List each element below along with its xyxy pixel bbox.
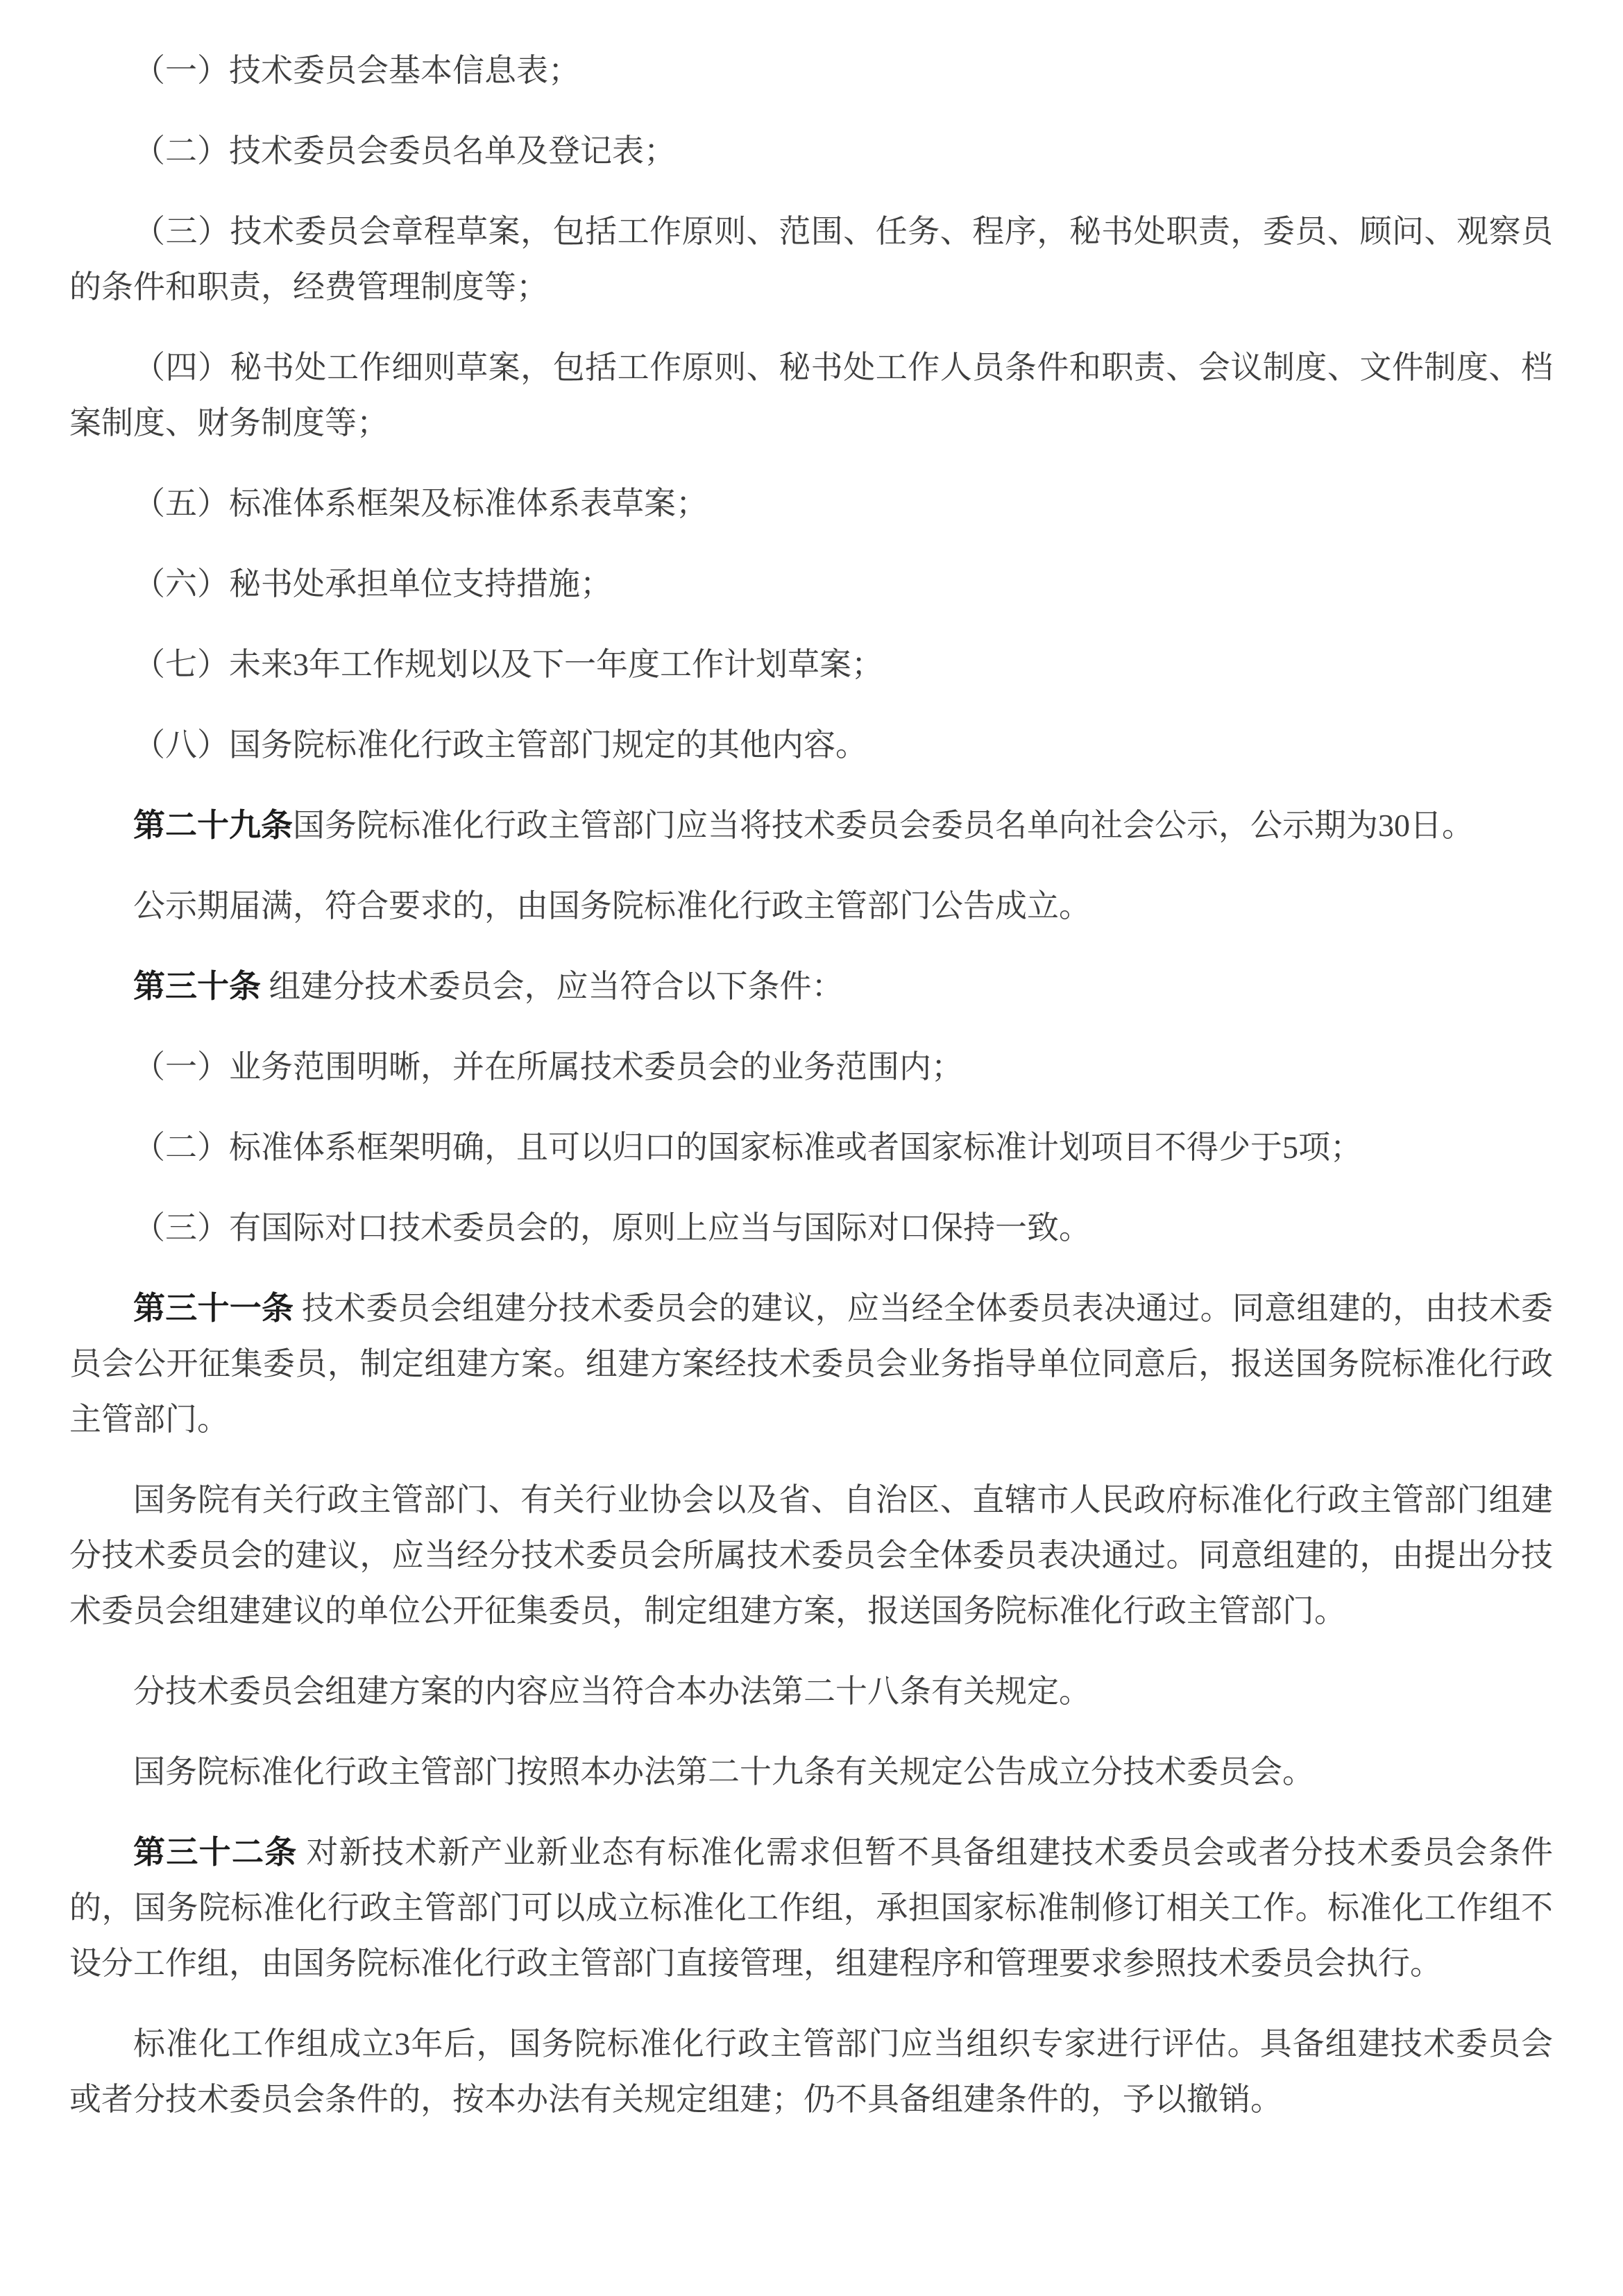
paragraph-text: （五）标准体系框架及标准体系表草案； xyxy=(133,486,708,521)
list-item-paragraph: （二）标准体系框架明确，且可以归口的国家标准或者国家标准计划项目不得少于5项； xyxy=(69,1120,1553,1175)
paragraph-text: （七）未来3年工作规划以及下一年度工作计划草案； xyxy=(133,647,883,682)
article-number: 第三十条 xyxy=(133,969,261,1004)
list-item-paragraph: （三）技术委员会章程草案，包括工作原则、范围、任务、程序，秘书处职责，委员、顾问… xyxy=(69,204,1553,315)
paragraph-text: （一）业务范围明晰，并在所属技术委员会的业务范围内； xyxy=(133,1049,963,1085)
paragraph-text: 分技术委员会组建方案的内容应当符合本办法第二十八条有关规定。 xyxy=(133,1674,1091,1709)
article-paragraph: 第三十二条 对新技术新产业新业态有标准化需求但暂不具备组建技术委员会或者分技术委… xyxy=(69,1825,1553,1991)
paragraph-text: （八）国务院标准化行政主管部门规定的其他内容。 xyxy=(133,727,867,763)
paragraph-text: 标准化工作组成立3年后，国务院标准化行政主管部门应当组织专家进行评估。具备组建技… xyxy=(69,2026,1553,2117)
article-paragraph: 第三十一条 技术委员会组建分技术委员会的建议，应当经全体委员表决通过。同意组建的… xyxy=(69,1281,1553,1447)
paragraph-text: 公示期届满，符合要求的，由国务院标准化行政主管部门公告成立。 xyxy=(133,888,1091,924)
paragraph-text: （三）有国际对口技术委员会的，原则上应当与国际对口保持一致。 xyxy=(133,1210,1091,1245)
paragraph-text: 国务院标准化行政主管部门应当将技术委员会委员名单向社会公示，公示期为30日。 xyxy=(293,808,1474,843)
paragraph-text: （二）技术委员会委员名单及登记表； xyxy=(133,133,676,169)
list-item-paragraph: （六）秘书处承担单位支持措施； xyxy=(69,556,1553,612)
paragraph-text: （二）标准体系框架明确，且可以归口的国家标准或者国家标准计划项目不得少于5项； xyxy=(133,1130,1362,1165)
paragraph-text: 组建分技术委员会，应当符合以下条件： xyxy=(269,969,844,1004)
list-item-paragraph: （五）标准体系框架及标准体系表草案； xyxy=(69,476,1553,532)
paragraph-text: （六）秘书处承担单位支持措施； xyxy=(133,566,612,602)
paragraph-text: 国务院有关行政主管部门、有关行业协会以及省、自治区、直辖市人民政府标准化行政主管… xyxy=(69,1482,1553,1629)
paragraph-text: 国务院标准化行政主管部门按照本办法第二十九条有关规定公告成立分技术委员会。 xyxy=(133,1754,1314,1789)
list-item-paragraph: （一）技术委员会基本信息表； xyxy=(69,43,1553,99)
document-page: （一）技术委员会基本信息表；（二）技术委员会委员名单及登记表；（三）技术委员会章… xyxy=(0,0,1623,2296)
list-item-paragraph: （二）技术委员会委员名单及登记表； xyxy=(69,124,1553,179)
article-paragraph: 第二十九条国务院标准化行政主管部门应当将技术委员会委员名单向社会公示，公示期为3… xyxy=(69,798,1553,853)
article-paragraph: 第三十条 组建分技术委员会，应当符合以下条件： xyxy=(69,959,1553,1014)
list-item-paragraph: （一）业务范围明晰，并在所属技术委员会的业务范围内； xyxy=(69,1039,1553,1095)
list-item-paragraph: （四）秘书处工作细则草案，包括工作原则、秘书处工作人员条件和职责、会议制度、文件… xyxy=(69,340,1553,451)
body-paragraph: 国务院有关行政主管部门、有关行业协会以及省、自治区、直辖市人民政府标准化行政主管… xyxy=(69,1472,1553,1639)
body-paragraph: 公示期届满，符合要求的，由国务院标准化行政主管部门公告成立。 xyxy=(69,878,1553,934)
body-paragraph: 标准化工作组成立3年后，国务院标准化行政主管部门应当组织专家进行评估。具备组建技… xyxy=(69,2016,1553,2127)
paragraph-text: （一）技术委员会基本信息表； xyxy=(133,53,580,88)
list-item-paragraph: （三）有国际对口技术委员会的，原则上应当与国际对口保持一致。 xyxy=(69,1200,1553,1256)
body-paragraph: 分技术委员会组建方案的内容应当符合本办法第二十八条有关规定。 xyxy=(69,1664,1553,1719)
document-content: （一）技术委员会基本信息表；（二）技术委员会委员名单及登记表；（三）技术委员会章… xyxy=(69,43,1553,2152)
article-number: 第三十一条 xyxy=(133,1291,294,1326)
list-item-paragraph: （八）国务院标准化行政主管部门规定的其他内容。 xyxy=(69,717,1553,773)
body-paragraph: 国务院标准化行政主管部门按照本办法第二十九条有关规定公告成立分技术委员会。 xyxy=(69,1744,1553,1800)
paragraph-text: （三）技术委员会章程草案，包括工作原则、范围、任务、程序，秘书处职责，委员、顾问… xyxy=(69,214,1553,305)
list-item-paragraph: （七）未来3年工作规划以及下一年度工作计划草案； xyxy=(69,637,1553,692)
paragraph-text: （四）秘书处工作细则草案，包括工作原则、秘书处工作人员条件和职责、会议制度、文件… xyxy=(69,350,1553,441)
article-number: 第二十九条 xyxy=(133,808,293,843)
article-number: 第三十二条 xyxy=(133,1835,298,1870)
